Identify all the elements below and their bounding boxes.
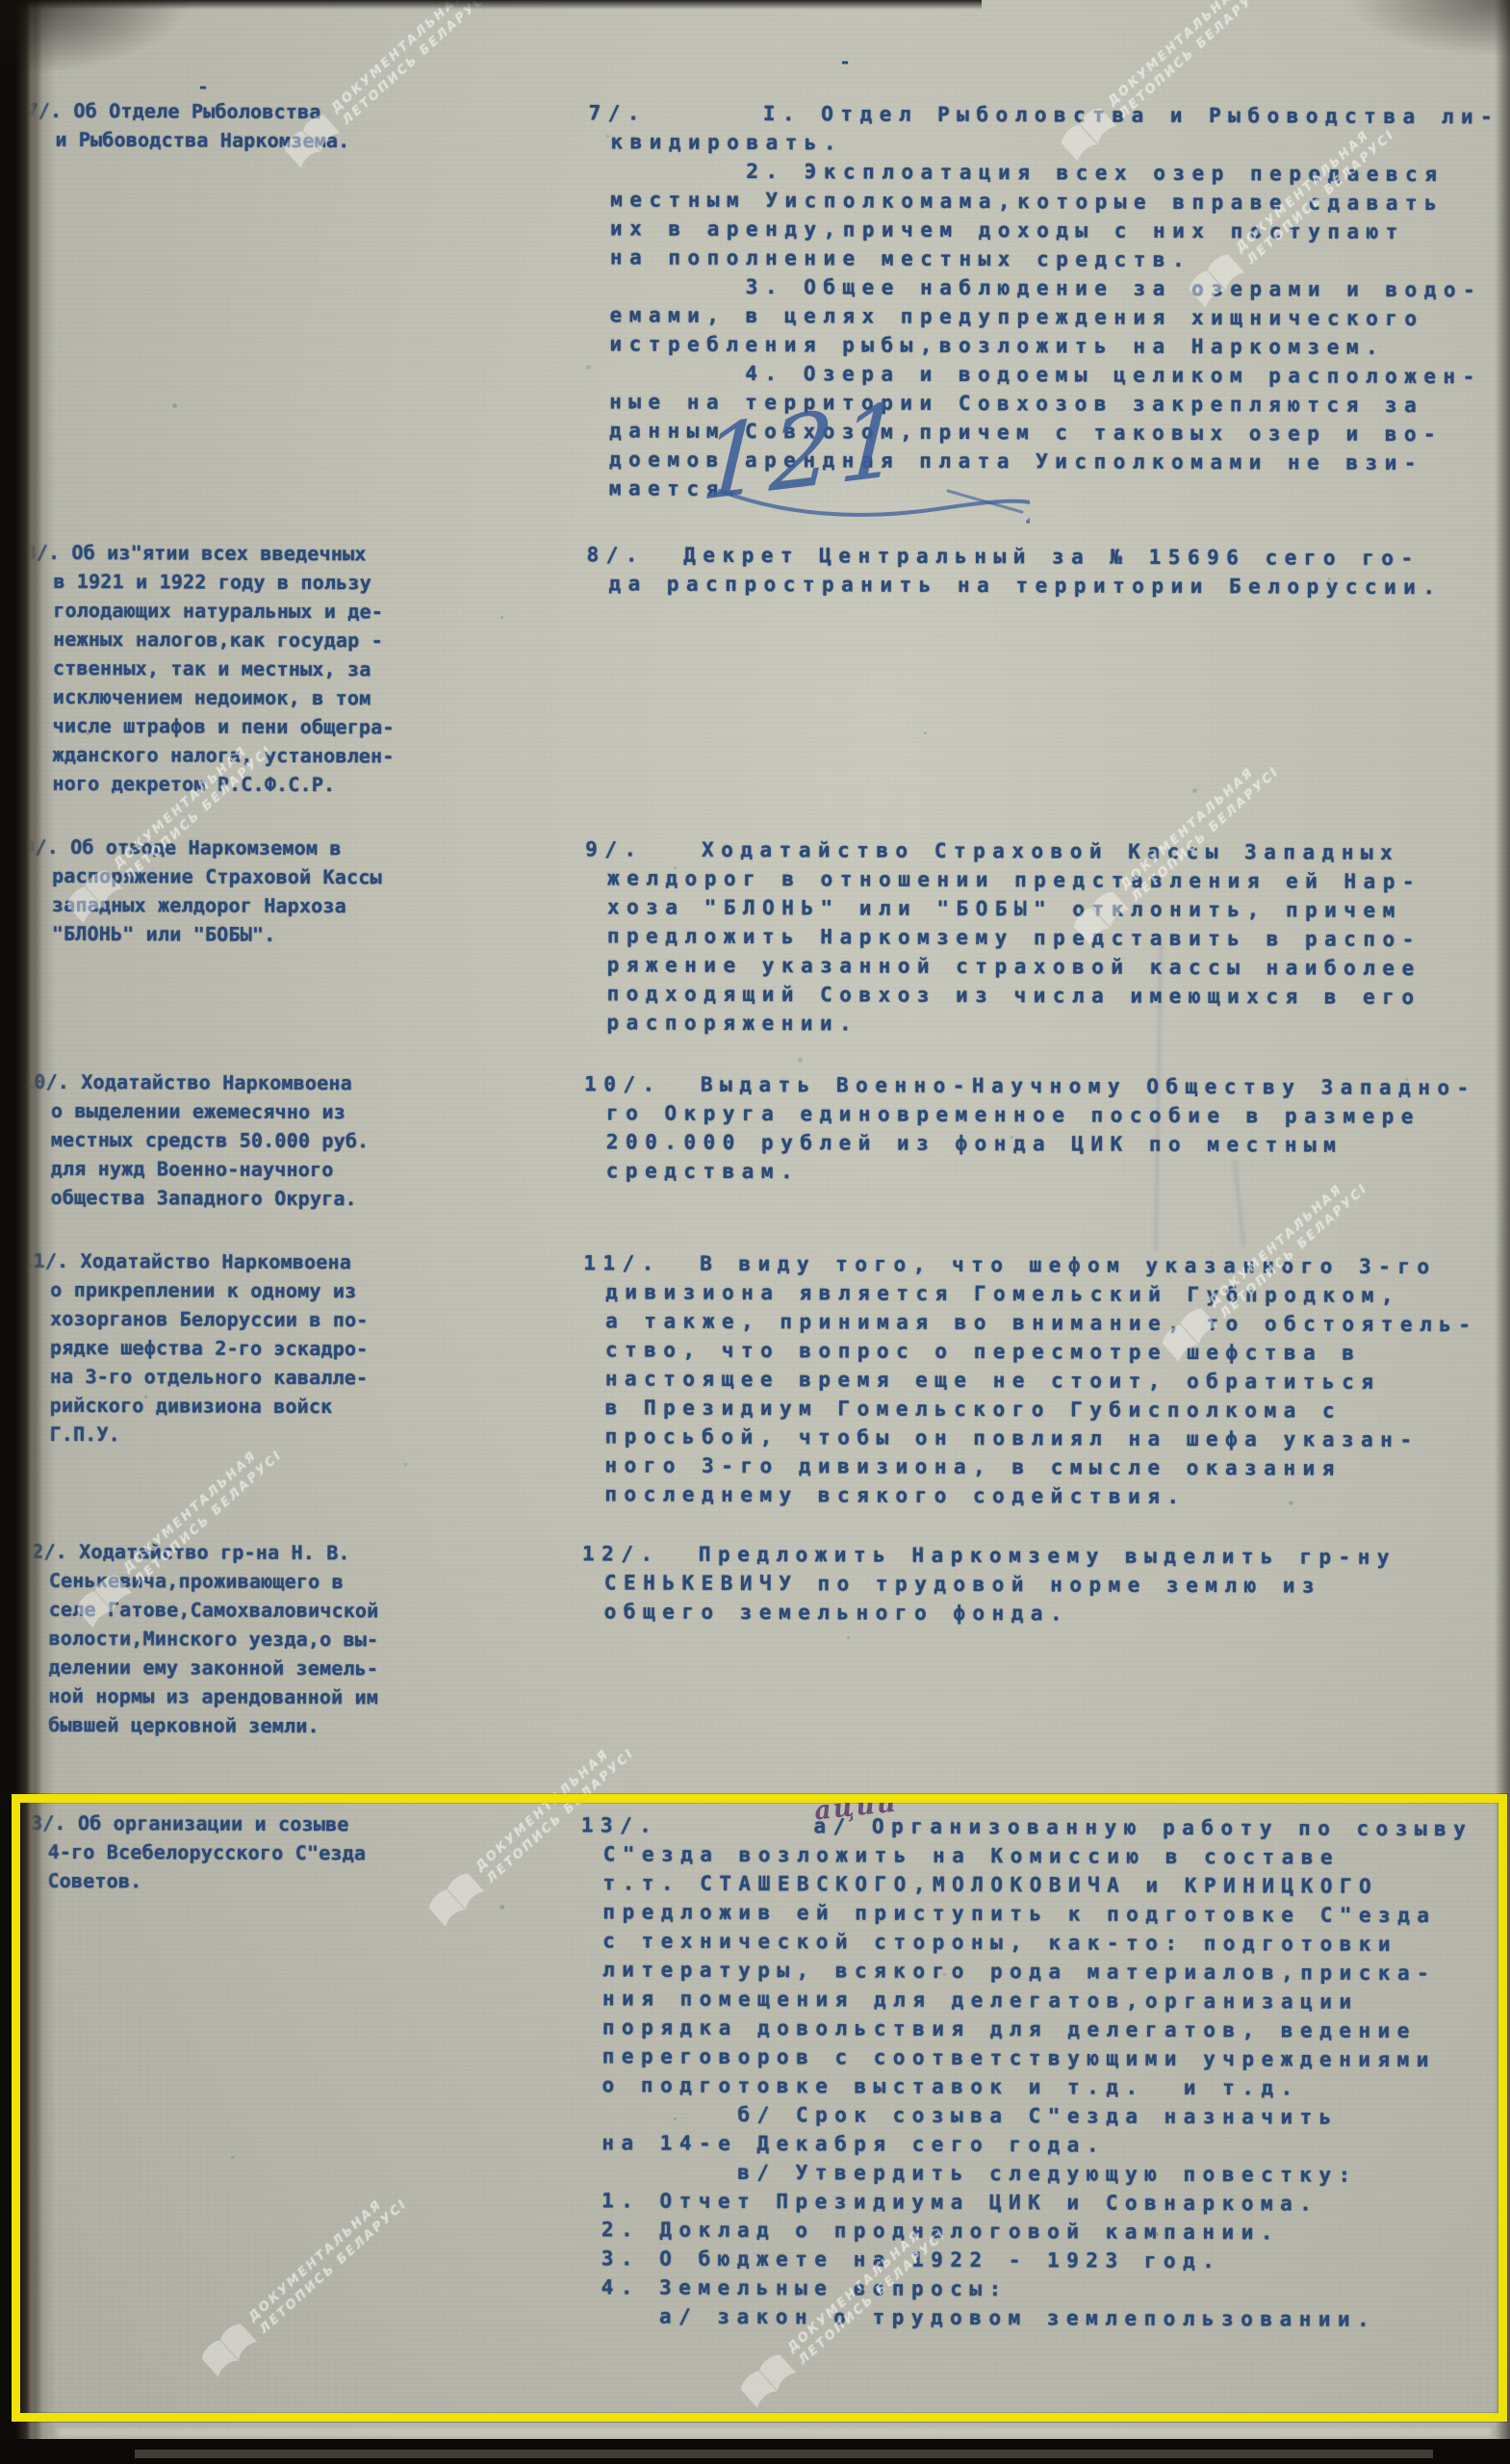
scan-corner-shadow [0, 0, 192, 77]
document-line: 7/. Об Отделе Рыболовства [26, 96, 349, 126]
document-line: о выделении ежемесячно из [51, 1096, 370, 1126]
document-line: рийского дивизиона войск [50, 1391, 369, 1421]
document-line: 10/. Выдать Военно-Научному Обществу Зап… [584, 1069, 1476, 1102]
document-line: последнему всякого содействия. [604, 1479, 1477, 1512]
document-line: бывшей церковной земли. [48, 1710, 378, 1740]
next-page-sliver [135, 2450, 1433, 2458]
scan-corner-shadow [1346, 0, 1510, 58]
document-line: ство, что вопрос о пересмотре шефства в [605, 1335, 1478, 1368]
document-line: 9/. Об отводе Наркомземом в [23, 833, 382, 863]
document-line: 2. Эксплоатация всех озер передаевся [610, 156, 1499, 189]
document-item-8-left: 8/. Об из"ятии всех введечныхв 1921 и 19… [52, 538, 395, 800]
document-line: средствам. [606, 1156, 1476, 1189]
scanned-document-page: 7/. Об Отделе Рыболовстваи Рыбоводства Н… [0, 0, 1510, 2464]
document-line: числе штрафов и пени общегра- [53, 711, 395, 742]
page-bottom-highlight [58, 2427, 1491, 2437]
document-line: 8/. Об из"ятии всех введечных [24, 538, 395, 569]
document-line: 12/. Ходатайство гр-на Н. В. [20, 1537, 379, 1568]
stray-dash-mark: - [197, 75, 209, 98]
document-line: в 1921 и 1922 году в пользу [53, 567, 395, 598]
document-line: Сенькевича,проживающего в [49, 1566, 379, 1596]
document-line: "БЛОНЬ" или "БОБЫ". [52, 919, 382, 949]
document-line: ственных, так и местных, за [53, 654, 395, 684]
document-item-9-left: 9/. Об отводе Наркомземом враспоряжение … [52, 833, 382, 949]
document-item-12-left: 12/. Ходатайство гр-на Н. В.Сенькевича,п… [48, 1537, 379, 1740]
document-line: распоряжении. [606, 1008, 1420, 1040]
document-line: 9/. Ходатайство Страховой Кассы Западных [585, 834, 1421, 867]
document-line: 3. Общее наблюдение за озерами и водо- [610, 271, 1499, 304]
document-line: распоряжение Страховой Кассы [52, 861, 382, 891]
document-line: а также, принимая во внимание, то обстоя… [605, 1306, 1478, 1339]
document-line: и Рыбоводства Наркомзема. [55, 125, 349, 155]
document-item-8-right: 8/. Декрет Центральный за № 15696 сего г… [608, 540, 1442, 602]
document-line: емами, в целях предупреждения хищническо… [610, 300, 1499, 333]
document-line: о прикреплении к одному из [50, 1275, 369, 1305]
document-line: 11/. В виду того, что шефом указанного 3… [583, 1248, 1478, 1281]
document-item-11-left: 11/. Ходатайство Наркомвоенао прикреплен… [49, 1246, 368, 1450]
document-line: желдорог в отношении представления ей На… [607, 863, 1421, 896]
document-line: 11/. Ходатайство Наркомвоена [21, 1246, 369, 1277]
document-line: настоящее время еще не стоит, обратиться [605, 1364, 1478, 1397]
document-line: общего земельного фонда. [604, 1597, 1396, 1630]
document-line: на пополнение местных средств. [610, 243, 1499, 275]
document-line: ряжение указанной страховой кассы наибол… [607, 950, 1421, 983]
document-line: исключением недоимок, в том [53, 682, 395, 713]
document-line: квидировать. [610, 127, 1499, 160]
document-line: 8/. Декрет Центральный за № 15696 сего г… [586, 540, 1442, 573]
document-line: 7/. I. Отдел Рыболовства и Рыбоводства л… [588, 98, 1499, 131]
document-line: го Округа единовременное пособие в разме… [606, 1098, 1476, 1131]
document-line: ного декретом Р.С.Ф.С.Р. [52, 769, 394, 800]
document-item-10-right: 10/. Выдать Военно-Научному Обществу Зап… [606, 1069, 1476, 1189]
document-line: в Президиум Гомельского Губисполкома с [605, 1393, 1478, 1425]
document-item-7-left: 7/. Об Отделе Рыболовстваи Рыбоводства Н… [55, 96, 349, 155]
document-line: просьбой, чтобы он повлиял на шефа указа… [604, 1422, 1477, 1454]
document-line: для нужд Военно-научного [51, 1154, 370, 1184]
document-line: хозорганов Белоруссии в по- [50, 1304, 369, 1334]
document-line: 12/. Предложить Наркомзему выделить гр-н… [582, 1539, 1396, 1572]
document-line: жданского налога, установлен- [53, 740, 395, 771]
document-line: рядке шефства 2-го эскадро- [50, 1333, 369, 1363]
document-item-10-left: 10/. Ходатайство Наркомвоенао выделении … [51, 1067, 370, 1213]
document-line: нежных налогов,как государ - [53, 625, 395, 655]
scan-bottom-edge [0, 2439, 1510, 2464]
document-item-9-right: 9/. Ходатайство Страховой Кассы Западных… [606, 834, 1421, 1040]
highlight-box-item-13 [12, 1794, 1507, 2422]
document-item-11-right: 11/. В виду того, что шефом указанного 3… [604, 1248, 1478, 1512]
document-line: на 3-го отдельного кавалле- [50, 1362, 369, 1392]
document-line: 4. Озера и водоемы целиком расположен- [609, 358, 1498, 391]
document-line: Г.П.У. [49, 1420, 368, 1450]
document-line: делении ему законной земель- [48, 1653, 378, 1682]
document-line: западных желдорог Нархоза [52, 890, 382, 920]
document-line: дивизиона является Гомельский Губпродком… [605, 1277, 1478, 1310]
document-line: общества Западного Округа. [51, 1183, 370, 1213]
document-item-12-right: 12/. Предложить Наркомзему выделить гр-н… [604, 1539, 1396, 1630]
document-line: волости,Минского уезда,о вы- [49, 1624, 379, 1654]
document-line: предложить Наркомзему представить в расп… [607, 921, 1421, 954]
document-line: 200.000 рублей из фонда ЦИК по местным [606, 1127, 1476, 1160]
document-line: местным Уисполкомама,которые вправе сдав… [610, 185, 1499, 218]
handwriting-flourish [712, 452, 1030, 539]
stray-dash-mark: - [839, 50, 851, 73]
document-line: да распространить на территории Белорусс… [608, 569, 1442, 602]
document-line: голодающих натуральных и де- [53, 596, 395, 627]
document-line: местных средств 50.000 руб. [51, 1125, 370, 1155]
document-line: селе Гатове,Самохваловичской [49, 1595, 379, 1625]
document-line: подходящий Совхоз из числа имеющихся в е… [606, 979, 1420, 1012]
document-line: ной нормы из арендованной им [48, 1681, 378, 1711]
document-line: ного 3-го дивизиона, в смысле оказания [604, 1450, 1477, 1483]
document-line: их в аренду,причем доходы с них поступаю… [610, 214, 1499, 246]
document-line: 10/. Ходатайство Наркомвоена [22, 1067, 370, 1098]
document-line: хоза "БЛОНЬ" или "БОБЫ" отклонить, приче… [607, 892, 1421, 925]
document-line: истребления рыбы,возложить на Наркомзем. [609, 329, 1498, 362]
document-line: СЕНЬКЕВИЧУ по трудовой норме землю из [604, 1568, 1396, 1601]
